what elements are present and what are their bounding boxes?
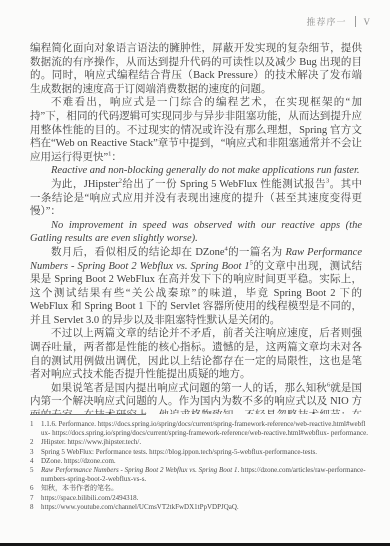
paragraph-text: 编程简化面向对象语言语法的臃肿性，屏蔽开发实现的复杂细节，提供数据流的有序操作，… <box>30 43 362 95</box>
footnote-title-italic: Raw Performance Numbers - Spring Boot 2 … <box>41 466 238 474</box>
footnote-item: 1 1.1.6. Performance. https://docs.sprin… <box>30 420 368 438</box>
footnote-text: 知秋，本书作者的笔名。 <box>41 484 368 493</box>
paragraph-text: 数月后，看似相反的结论却在 DZone <box>51 247 225 258</box>
footnote-item: 5 Raw Performance Numbers - Spring Boot … <box>30 466 368 484</box>
body-paragraph: 不过以上两篇文章的结论并不矛盾，前者关注响应速度，后者则强调吞吐量，两者都是性能… <box>30 327 362 381</box>
footnotes: 1 1.1.6. Performance. https://docs.sprin… <box>30 414 368 512</box>
paragraph-text: 不难看出，响应式是一门综合的编程艺术，在实现框架的“加持”下，相同的代码逻辑可实… <box>30 97 362 162</box>
paragraph-text: 不过以上两篇文章的结论并不矛盾，前者关注响应速度，后者则强调吞吐量，两者都是性能… <box>30 328 362 380</box>
footnote-text: 1.1.6. Performance. https://docs.spring.… <box>41 420 368 438</box>
footnote-number: 8 <box>30 503 41 512</box>
english-quote: Reactive and non-blocking generally do n… <box>30 164 362 178</box>
header-divider <box>355 16 356 27</box>
footnote-number: 3 <box>30 448 41 457</box>
footnote-item: 2 JHipster. https://www.jhipster.tech/. <box>30 438 368 447</box>
footnote-number: 1 <box>30 420 41 438</box>
body-paragraph: 编程简化面向对象语言语法的臃肿性，屏蔽开发实现的复杂细节，提供数据流的有序操作，… <box>30 42 362 96</box>
footnote-text: https://space.bilibili.com/2494318. <box>41 494 368 503</box>
footnote-item: 8 https://www.youtube.com/channel/UCmsVT… <box>30 503 368 512</box>
body-paragraph: 不难看出，响应式是一门综合的编程艺术，在实现框架的“加持”下，相同的代码逻辑可实… <box>30 96 362 164</box>
footnote-number: 4 <box>30 457 41 466</box>
paragraph-text: ： <box>111 152 122 163</box>
footnote-number: 7 <box>30 494 41 503</box>
footnote-number: 5 <box>30 466 41 484</box>
body-text: 编程简化面向对象语言语法的臃肿性，屏蔽开发实现的复杂细节，提供数据流的有序操作，… <box>30 42 362 414</box>
footnote-text: Raw Performance Numbers - Spring Boot 2 … <box>41 466 368 484</box>
paragraph-text: 给出了一份 Spring 5 WebFlux 性能测试报告 <box>122 179 326 190</box>
running-header: 推荐序一 V <box>306 15 371 28</box>
body-paragraph: 如果说笔者是国内提出响应式问题的第一人的话，那么知秋6就是国内第一个解决响应式问… <box>30 382 362 414</box>
footnote-number: 6 <box>30 484 41 493</box>
section-title: 推荐序一 <box>306 15 346 28</box>
english-quote: No improvement in speed was observed wit… <box>30 219 362 246</box>
book-page: 推荐序一 V 编程简化面向对象语言语法的臃肿性，屏蔽开发实现的复杂细节，提供数据… <box>0 0 390 546</box>
quote-text: Reactive and non-blocking generally do n… <box>51 165 360 176</box>
footnote-item: 3 Spring 5 WebFlux: Performance tests. h… <box>30 448 368 457</box>
footnote-separator <box>30 414 146 415</box>
footnote-text: Spring 5 WebFlux: Performance tests. htt… <box>41 448 368 457</box>
page-number: V <box>364 17 372 27</box>
quote-text: No improvement in speed was observed wit… <box>30 220 362 245</box>
footnote-text: DZone. https://dzone.com. <box>41 457 368 466</box>
footnote-item: 4 DZone. https://dzone.com. <box>30 457 368 466</box>
footnote-number: 2 <box>30 438 41 447</box>
footnote-item: 6 知秋，本书作者的笔名。 <box>30 484 368 493</box>
body-paragraph: 为此，JHipster2给出了一份 Spring 5 WebFlux 性能测试报… <box>30 178 362 219</box>
paragraph-text: 如果说笔者是国内提出响应式问题的第一人的话，那么知秋 <box>51 383 327 394</box>
footnote-text: JHipster. https://www.jhipster.tech/. <box>41 438 368 447</box>
footnote-item: 7 https://space.bilibili.com/2494318. <box>30 494 368 503</box>
paragraph-text: 的一篇名为 <box>228 247 286 258</box>
paragraph-text: 为此，JHipster <box>51 179 119 190</box>
body-paragraph: 数月后，看似相反的结论却在 DZone4的一篇名为 Raw Performanc… <box>30 246 362 328</box>
footnote-text: https://www.youtube.com/channel/UCmsVT2t… <box>41 503 368 512</box>
